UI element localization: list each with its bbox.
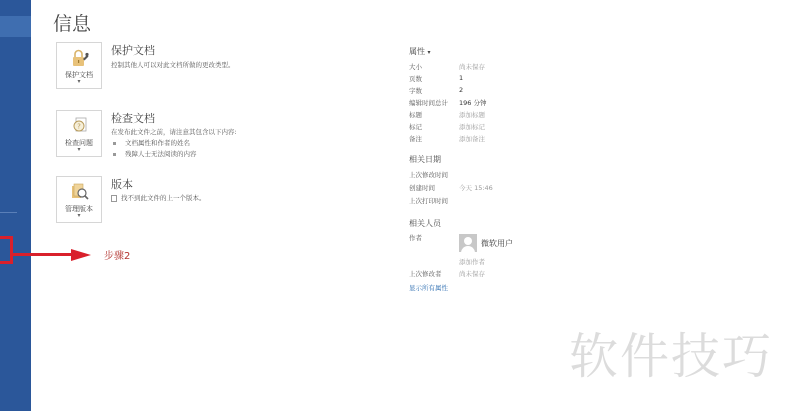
- chevron-down-icon: ▾: [428, 49, 431, 56]
- title-field[interactable]: 添加标题: [459, 110, 485, 119]
- svg-text:?: ?: [77, 123, 81, 131]
- prop-key: 作者: [409, 233, 422, 242]
- check-for-issues-button[interactable]: ? 检查问题 ▾: [56, 110, 102, 157]
- prop-key: 页数: [409, 74, 422, 83]
- section-description: 控制其他人可以对此文档所做的更改类型。: [111, 60, 235, 69]
- avatar: [459, 234, 477, 252]
- prop-key: 编辑时间总计: [409, 98, 448, 107]
- show-all-properties-link[interactable]: 显示所有属性: [409, 283, 448, 292]
- section-description: 找不到此文件的上一个版本。: [111, 193, 206, 202]
- prop-key: 上次修改时间: [409, 170, 448, 179]
- inspect-document-icon: ?: [71, 117, 89, 135]
- section-title: 版本: [111, 176, 133, 192]
- list-item: 文档属性和作者的姓名: [113, 138, 190, 147]
- prop-value: 2: [459, 86, 463, 94]
- annotation-arrow-line: [13, 253, 77, 256]
- chevron-down-icon: ▾: [57, 79, 101, 85]
- prop-value: 196 分钟: [459, 98, 486, 107]
- bullet-icon: [113, 153, 116, 156]
- prop-key: 字数: [409, 86, 422, 95]
- page-title: 信息: [53, 9, 91, 36]
- prop-value: 1: [459, 74, 463, 82]
- sidebar-divider: [0, 212, 17, 213]
- related-people-header: 相关人员: [409, 218, 441, 229]
- sidebar-item-info[interactable]: [0, 16, 31, 37]
- chevron-down-icon: ▾: [57, 147, 101, 153]
- arrow-right-icon: [71, 249, 91, 261]
- prop-key: 大小: [409, 62, 422, 71]
- bullet-icon: [113, 142, 116, 145]
- prop-key: 上次打印时间: [409, 196, 448, 205]
- prop-key: 标题: [409, 110, 422, 119]
- comments-field[interactable]: 添加备注: [459, 134, 485, 143]
- watermark: 软件技巧: [569, 318, 773, 388]
- prop-key: 上次修改者: [409, 269, 442, 278]
- prop-value: 尚未保存: [459, 62, 485, 71]
- section-title: 检查文档: [111, 110, 155, 126]
- manage-versions-button[interactable]: 管理版本 ▾: [56, 176, 102, 223]
- add-author-field[interactable]: 添加作者: [459, 257, 485, 266]
- author-name[interactable]: 微软用户: [481, 238, 513, 249]
- annotation-label: 步骤2: [104, 247, 130, 262]
- prop-key: 备注: [409, 134, 422, 143]
- prop-key: 创建时间: [409, 183, 435, 192]
- related-dates-header: 相关日期: [409, 154, 441, 165]
- protect-document-button[interactable]: 保护文档 ▾: [56, 42, 102, 89]
- prop-key: 标记: [409, 122, 422, 131]
- section-title: 保护文档: [111, 42, 155, 58]
- annotation-box: [0, 236, 13, 264]
- version-doc-icon: [111, 195, 117, 202]
- lock-key-icon: [71, 49, 89, 67]
- manage-versions-icon: [71, 183, 89, 201]
- section-description: 在发布此文件之前，请注意其包含以下内容:: [111, 127, 237, 136]
- properties-dropdown[interactable]: 属性 ▾: [409, 46, 431, 57]
- chevron-down-icon: ▾: [57, 213, 101, 219]
- tags-field[interactable]: 添加标记: [459, 122, 485, 131]
- prop-value: 今天 15:46: [459, 183, 493, 192]
- backstage-sidebar: [0, 0, 31, 411]
- prop-value: 尚未保存: [459, 269, 485, 278]
- list-item: 残障人士无法阅读的内容: [113, 149, 197, 158]
